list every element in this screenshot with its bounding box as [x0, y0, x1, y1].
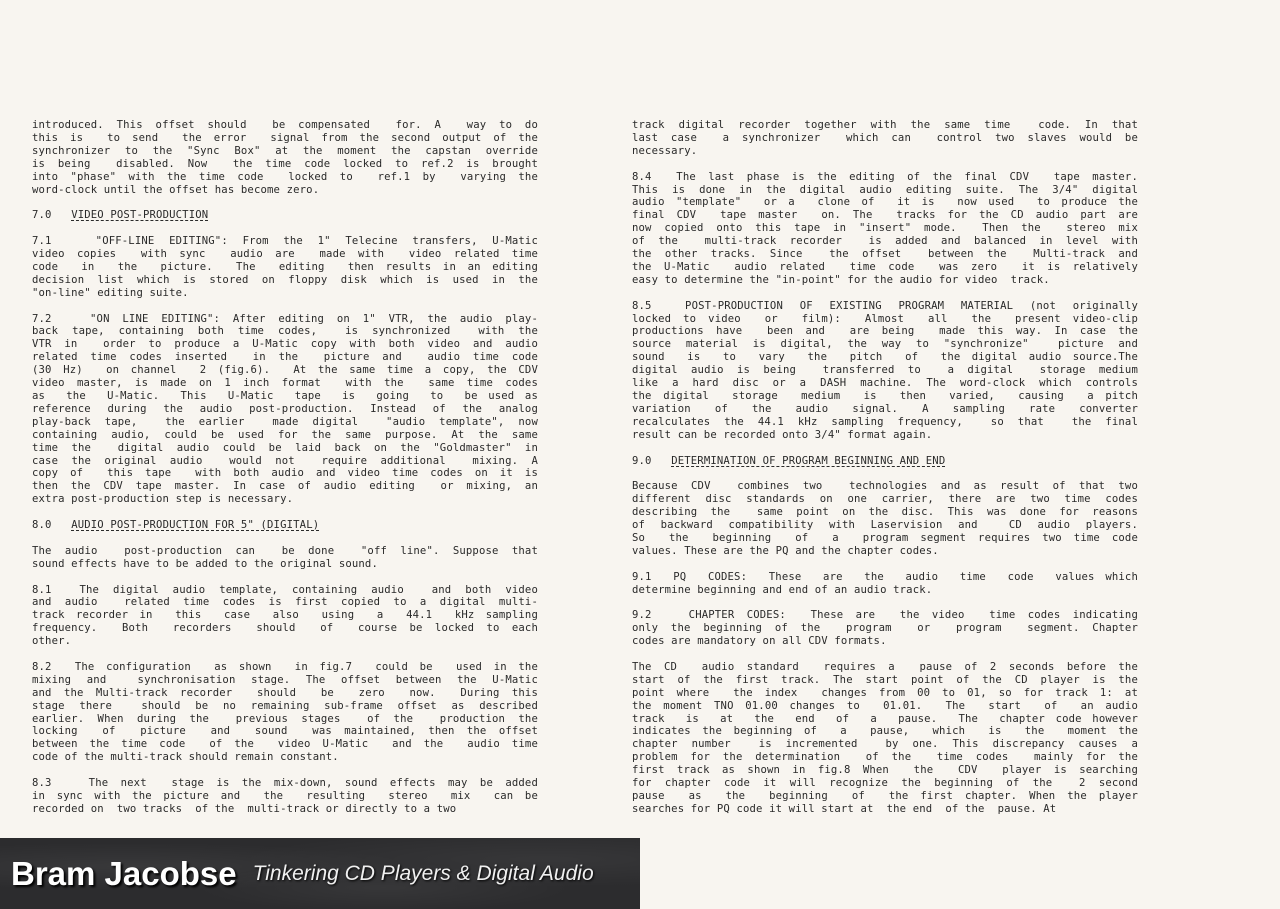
text-line: code in the picture. The editing then re… — [32, 261, 538, 274]
text-line: Because CDV combines two technologies an… — [632, 480, 1138, 493]
text-line: case the original audio would not requir… — [32, 455, 538, 468]
site-tagline: Tinkering CD Players & Digital Audio — [253, 862, 594, 886]
text-line: stage there should be no remaining sub-f… — [32, 700, 538, 713]
text-line: sound is to vary the pitch of the digita… — [632, 351, 1138, 364]
text-line: 8.2 The configuration as shown in fig.7 … — [32, 661, 538, 674]
paragraph: track digital recorder together with the… — [632, 119, 1138, 158]
text-line: the moment TNO 01.00 changes to 01.01. T… — [632, 700, 1138, 713]
site-banner[interactable]: Bram Jacobse Tinkering CD Players & Digi… — [0, 838, 640, 909]
section-number: 8.0 — [32, 519, 52, 531]
text-line: between the time code of the video U-Mat… — [32, 738, 538, 751]
paragraph: Because CDV combines two technologies an… — [632, 480, 1138, 557]
text-line: (30 Hz) on channel 2 (fig.6). At the sam… — [32, 364, 538, 377]
text-line: final CDV tape master on. The tracks for… — [632, 209, 1138, 222]
text-line: chapter number is incremented by one. Th… — [632, 738, 1138, 751]
text-line: start of the first track. The start poin… — [632, 674, 1138, 687]
text-line: necessary. — [632, 145, 1138, 158]
text-line: related time codes inserted in the pictu… — [32, 351, 538, 364]
paragraph: introduced. This offset should be compen… — [32, 119, 538, 196]
section-title: VIDEO POST-PRODUCTION — [71, 209, 208, 221]
text-line: back tape, containing both time codes, i… — [32, 325, 538, 338]
text-line: audio "template" or a clone of it is now… — [632, 196, 1138, 209]
text-line: play-back tape, the earlier made digital… — [32, 416, 538, 429]
text-line: 8.1 The digital audio template, containi… — [32, 584, 538, 597]
text-line: point where the index changes from 00 to… — [632, 687, 1138, 700]
text-line: the other tracks. Since the offset betwe… — [632, 248, 1138, 261]
text-line: the U-Matic audio related time code was … — [632, 261, 1138, 274]
text-line: determine beginning and end of an audio … — [632, 584, 1138, 597]
text-line: This is done in the digital audio editin… — [632, 184, 1138, 197]
text-line: digital audio is being transferred to a … — [632, 364, 1138, 377]
text-line: variation of the audio signal. A samplin… — [632, 403, 1138, 416]
text-line: VTR in order to produce a U-Matic copy w… — [32, 338, 538, 351]
text-line: indicates the beginning of a pause, whic… — [632, 725, 1138, 738]
text-line: for chapter code it will recognize the b… — [632, 777, 1138, 790]
paragraph: The audio post-production can be done "o… — [32, 545, 538, 571]
text-line: 8.5 POST-PRODUCTION OF EXISTING PROGRAM … — [632, 300, 1138, 313]
text-line: extra post-production step is necessary. — [32, 493, 538, 506]
section-number: 7.0 — [32, 209, 52, 221]
text-line: like a hard disc or a DASH machine. The … — [632, 377, 1138, 390]
text-line: and audio related time codes is first co… — [32, 596, 538, 609]
text-line: last case a synchronizer which can contr… — [632, 132, 1138, 145]
text-line: easy to determine the "in-point" for the… — [632, 274, 1138, 287]
text-line: time the digital audio could be laid bac… — [32, 442, 538, 455]
text-line: problem for the determination of the tim… — [632, 751, 1138, 764]
text-line: locking of picture and sound was maintai… — [32, 725, 538, 738]
text-line: recalculates the 44.1 kHz sampling frequ… — [632, 416, 1138, 429]
text-line: 9.1 PQ CODES: These are the audio time c… — [632, 571, 1138, 584]
text-line: only the beginning of the program or pro… — [632, 622, 1138, 635]
text-line: and the Multi-track recorder should be z… — [32, 687, 538, 700]
text-line: this is to send the error signal from th… — [32, 132, 538, 145]
text-line: in sync with the picture and the resulti… — [32, 790, 538, 803]
text-line: other. — [32, 635, 538, 648]
text-line: decision list which is stored on floppy … — [32, 274, 538, 287]
text-line: productions have been and are being made… — [632, 325, 1138, 338]
text-line: of backward compatibility with Laservisi… — [632, 519, 1138, 532]
text-line: codes are mandatory on all CDV formats. — [632, 635, 1138, 648]
text-line: recorded on two tracks of the multi-trac… — [32, 803, 538, 816]
text-line: earlier. When during the previous stages… — [32, 713, 538, 726]
text-line: searches for PQ code it will start at th… — [632, 803, 1138, 816]
text-line: values. These are the PQ and the chapter… — [632, 545, 1138, 558]
text-line: 9.2 CHAPTER CODES: These are the video t… — [632, 609, 1138, 622]
paragraph: 7.2 "ON LINE EDITING": After editing on … — [32, 313, 538, 507]
text-line: "on-line" editing suite. — [32, 287, 538, 300]
text-line: locked to video or film): Almost all the… — [632, 313, 1138, 326]
section-title: DETERMINATION OF PROGRAM BEGINNING AND E… — [671, 455, 945, 467]
paragraph: The CD audio standard requires a pause o… — [632, 661, 1138, 816]
text-line: reference during the audio post-producti… — [32, 403, 538, 416]
paragraph: 9.2 CHAPTER CODES: These are the video t… — [632, 609, 1138, 648]
text-line: mixing and synchronisation stage. The of… — [32, 674, 538, 687]
paragraph: 8.4 The last phase is the editing of the… — [632, 171, 1138, 287]
text-line: of the multi-track recorder is added and… — [632, 235, 1138, 248]
text-line: containing audio, could be used for the … — [32, 429, 538, 442]
text-line: 7.2 "ON LINE EDITING": After editing on … — [32, 313, 538, 326]
text-line: synchronizer to the "Sync Box" at the mo… — [32, 145, 538, 158]
paragraph: 8.1 The digital audio template, containi… — [32, 584, 538, 649]
text-line: video copies with sync audio are made wi… — [32, 248, 538, 261]
text-line: word-clock until the offset has become z… — [32, 184, 538, 197]
section-title: AUDIO POST-PRODUCTION FOR 5" (DIGITAL) — [71, 519, 319, 531]
scanned-document-page: introduced. This offset should be compen… — [0, 0, 1280, 909]
text-line: copy of this tape with both audio and vi… — [32, 467, 538, 480]
paragraph: 8.2 The configuration as shown in fig.7 … — [32, 661, 538, 764]
paragraph: 8.5 POST-PRODUCTION OF EXISTING PROGRAM … — [632, 300, 1138, 442]
section-number: 9.0 — [632, 455, 652, 467]
paragraph: 7.1 "OFF-LINE EDITING": From the 1" Tele… — [32, 235, 538, 300]
text-line: 7.1 "OFF-LINE EDITING": From the 1" Tele… — [32, 235, 538, 248]
text-line: So the beginning of a program segment re… — [632, 532, 1138, 545]
section-heading: 9.0 DETERMINATION OF PROGRAM BEGINNING A… — [632, 455, 1138, 468]
text-line: is being disabled. Now the time code loc… — [32, 158, 538, 171]
text-line: pause as the beginning of the first chap… — [632, 790, 1138, 803]
section-heading: 8.0 AUDIO POST-PRODUCTION FOR 5" (DIGITA… — [32, 519, 538, 532]
text-line: then the CDV tape master. In case of aud… — [32, 480, 538, 493]
text-line: The audio post-production can be done "o… — [32, 545, 538, 558]
text-line: introduced. This offset should be compen… — [32, 119, 538, 132]
text-line: frequency. Both recorders should of cour… — [32, 622, 538, 635]
text-line: source material is digital, the way to "… — [632, 338, 1138, 351]
text-line: into "phase" with the time code locked t… — [32, 171, 538, 184]
text-line: now copied onto this tape in "insert" mo… — [632, 222, 1138, 235]
text-line: track is at the end of a pause. The chap… — [632, 713, 1138, 726]
text-line: as the U-Matic. This U-Matic tape is goi… — [32, 390, 538, 403]
text-line: result can be recorded onto 3/4" format … — [632, 429, 1138, 442]
text-line: first track as shown in fig.8 When the C… — [632, 764, 1138, 777]
text-line: track recorder in this case also using a… — [32, 609, 538, 622]
left-column: introduced. This offset should be compen… — [32, 119, 538, 829]
paragraph: 9.1 PQ CODES: These are the audio time c… — [632, 571, 1138, 597]
paragraph: 8.3 The next stage is the mix-down, soun… — [32, 777, 538, 816]
text-line: 8.3 The next stage is the mix-down, soun… — [32, 777, 538, 790]
text-line: the digital storage medium is then varie… — [632, 390, 1138, 403]
text-line: track digital recorder together with the… — [632, 119, 1138, 132]
text-line: code of the multi-track should remain co… — [32, 751, 538, 764]
text-line: The CD audio standard requires a pause o… — [632, 661, 1138, 674]
right-column: track digital recorder together with the… — [632, 119, 1138, 829]
text-line: 8.4 The last phase is the editing of the… — [632, 171, 1138, 184]
section-heading: 7.0 VIDEO POST-PRODUCTION — [32, 209, 538, 222]
text-line: video master, is made on 1 inch format w… — [32, 377, 538, 390]
author-name: Bram Jacobse — [11, 855, 237, 893]
text-line: sound effects have to be added to the or… — [32, 558, 538, 571]
text-line: describing the same point on the disc. T… — [632, 506, 1138, 519]
text-line: different disc standards on one carrier,… — [632, 493, 1138, 506]
